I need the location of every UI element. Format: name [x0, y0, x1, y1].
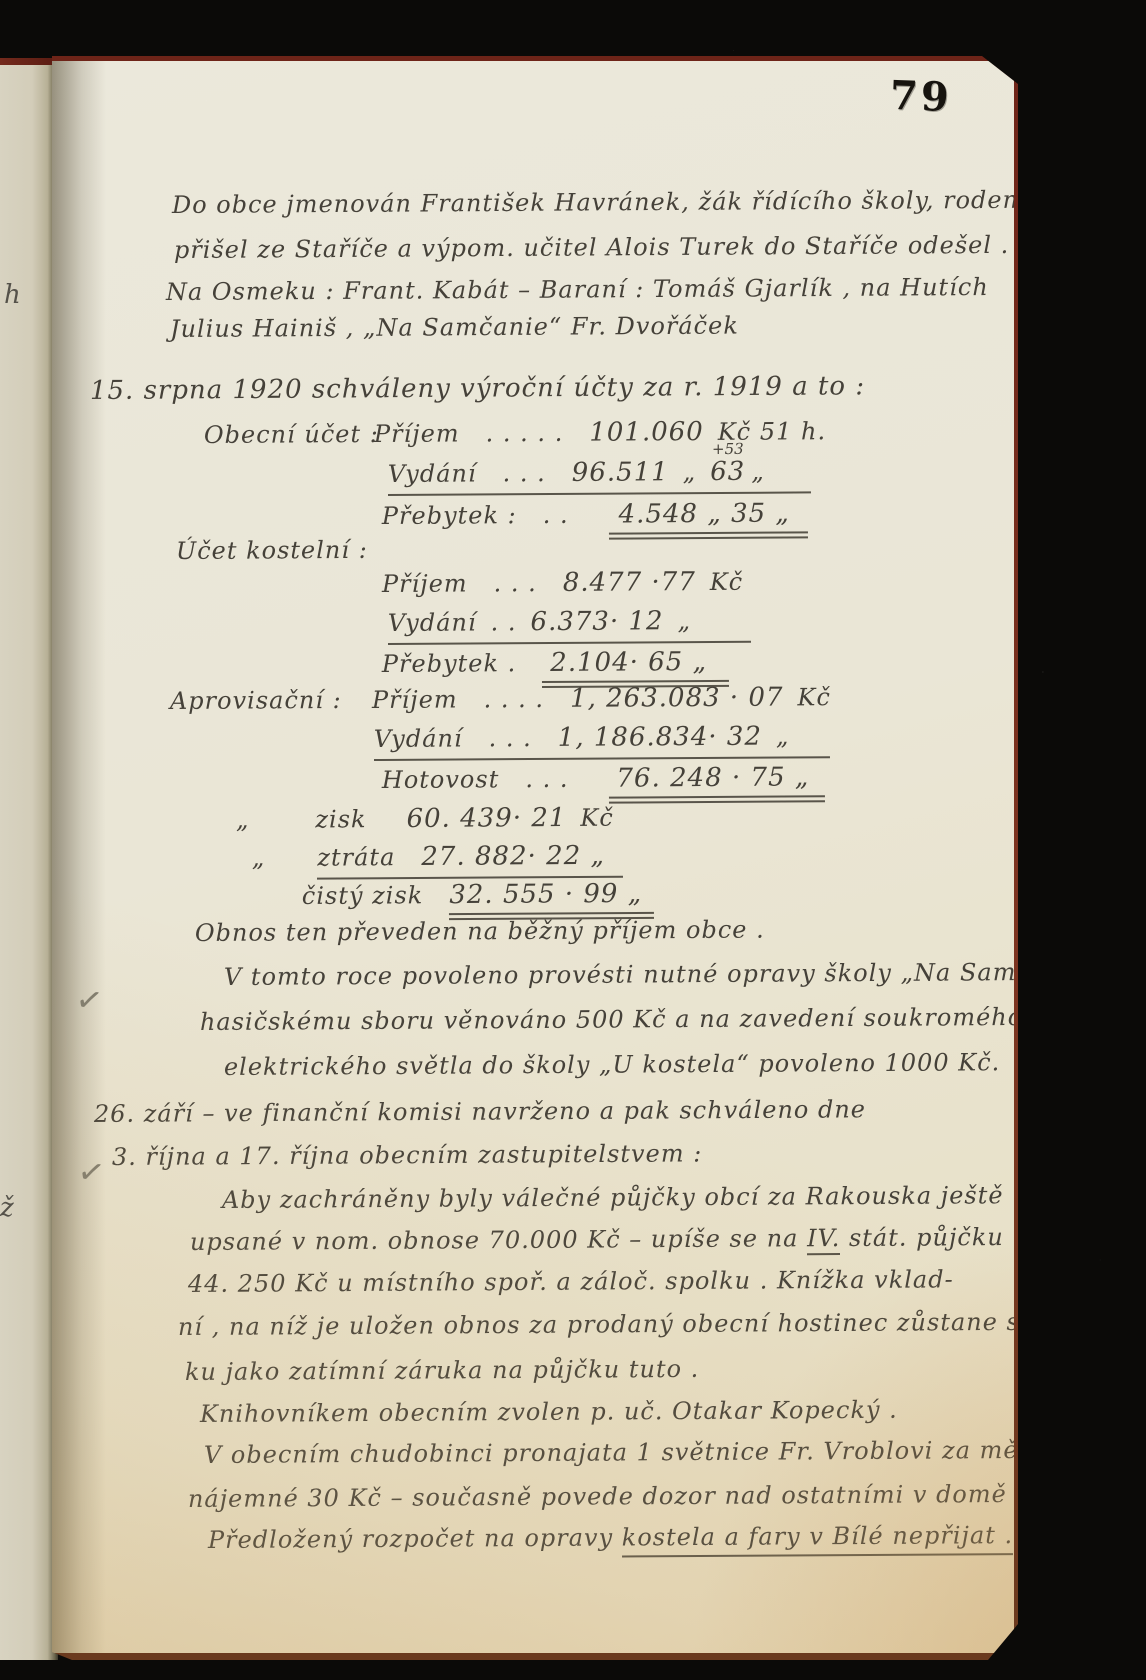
- currency: Kč: [580, 804, 614, 832]
- body-line-4: elektrického světla do školy „U kostela“…: [224, 1048, 1001, 1081]
- aprovisacni-hotovost-row: Hotovost. . .76. 248 · 75 „: [382, 762, 826, 805]
- date-heading: 15. srpna 1920 schváleny výroční účty za…: [90, 371, 865, 406]
- ditto-mark: „: [677, 607, 691, 635]
- dot-leaders: . .: [491, 608, 517, 636]
- body-line-5: 26. září – ve finanční komisi navrženo a…: [94, 1095, 866, 1128]
- underlined-IV: IV.: [807, 1224, 840, 1255]
- kostelni-prijem-row: Příjem. . .8.477 ·77Kč: [382, 567, 743, 599]
- kostelni-vydani-row: Vydání. .6.373· 12„: [388, 606, 751, 645]
- text-before-underline: Předložený rozpočet na opravy: [208, 1523, 622, 1554]
- dot-leaders: . .: [543, 501, 569, 529]
- body-line-14: nájemné 30 Kč – současně povede dozor na…: [188, 1480, 1014, 1513]
- amount-double-underlined: 4.548 „ 35 „: [609, 498, 808, 539]
- ditto-mark: „: [683, 458, 697, 486]
- amount: 101.060: [589, 417, 704, 448]
- body-line-15-predlozeny: Předložený rozpočet na opravy kostela a …: [208, 1521, 1013, 1554]
- page-number-stamp: 79: [890, 72, 953, 121]
- underlined-entry: Vydání. . .1, 186.834· 32„: [374, 721, 830, 761]
- amount: 1, 263.083 · 07: [570, 682, 784, 713]
- ditto-mark: „: [236, 806, 250, 834]
- section-label-kostelni: Účet kostelní :: [176, 536, 368, 565]
- body-line-1: Obnos ten převeden na běžný příjem obce …: [195, 916, 765, 947]
- entry-label: Příjem: [372, 685, 458, 714]
- amount: 27. 882· 22 „: [421, 841, 605, 872]
- dot-leaders: . . .: [503, 459, 546, 487]
- intro-line-1: Do obce jmenován František Havránek, žák…: [172, 185, 1014, 219]
- ztrata-row: „ztráta27. 882· 22 „: [252, 841, 623, 880]
- margin-checkmark-2: ✓: [75, 1151, 108, 1193]
- entry-label: čistý zisk: [302, 881, 424, 910]
- dot-leaders: . . . .: [484, 685, 545, 713]
- amount-double-underlined: 32. 555 · 99 „: [449, 879, 654, 920]
- entry-label: Hotovost: [382, 765, 500, 794]
- section-label-aprovisacni: Aprovisační :: [170, 686, 342, 715]
- amount: 96.511: [572, 457, 669, 488]
- entry-label: Vydání: [374, 724, 463, 753]
- dot-leaders: . . .: [525, 765, 568, 793]
- underlined-entry: Vydání. .6.373· 12„: [388, 606, 751, 645]
- edge-text-fragment-top: h: [4, 280, 21, 310]
- body-line-10: ní , na níž je uložen obnos za prodaný o…: [178, 1308, 1014, 1341]
- body-line-11: ku jako zatímní záruka na půjčku tuto .: [185, 1355, 700, 1386]
- edge-text-fragment-bottom: ž: [0, 1193, 14, 1223]
- underlined-entry: ztráta27. 882· 22 „: [317, 841, 623, 880]
- ditto-mark: „: [776, 722, 790, 750]
- amount: 1, 186.834· 32: [558, 722, 762, 753]
- body-line-9: 44. 250 Kč u místního spoř. a záloč. spo…: [188, 1265, 954, 1298]
- chronicle-page: 79 Do obce jmenován František Havránek, …: [52, 61, 1014, 1653]
- amount-double-underlined: 76. 248 · 75 „: [608, 762, 825, 803]
- ditto-mark: „: [751, 458, 765, 486]
- amount: 8.477 ·77: [563, 567, 696, 598]
- aprovisacni-prijem-row: Příjem. . . .1, 263.083 · 07Kč: [372, 682, 831, 715]
- dot-leaders: . . . . .: [486, 419, 564, 447]
- body-line-8-upsane: upsané v nom. obnose 70.000 Kč – upíše s…: [190, 1223, 1004, 1256]
- cents: 63: [710, 457, 745, 487]
- section-label-obecni: Obecní účet :: [204, 420, 379, 449]
- intro-line-3: Na Osmeku : Frant. Kabát – Baraní : Tomá…: [166, 273, 989, 306]
- dot-leaders: . . .: [489, 724, 532, 752]
- amount-double-underlined: 2.104· 65 „: [542, 647, 729, 688]
- body-line-13: V obecním chudobinci pronajata 1 světnic…: [204, 1436, 1014, 1469]
- entry-label: Vydání: [388, 459, 477, 488]
- amount: 60. 439· 21: [406, 803, 566, 834]
- body-line-6: 3. října a 17. října obecním zastupitels…: [112, 1139, 703, 1171]
- obecni-prijem-row: Příjem. . . . .101.060Kč 51 h.: [374, 416, 826, 449]
- currency: Kč: [797, 683, 831, 711]
- entry-label: zisk: [315, 805, 366, 833]
- intro-line-4: Julius Hainiš , „Na Samčanie“ Fr. Dvořáč…: [170, 312, 739, 343]
- zisk-row: „zisk60. 439· 21Kč: [236, 803, 614, 835]
- obecni-prebytek-row: Přebytek :. .4.548 „ 35 „: [382, 498, 808, 541]
- entry-label: Příjem: [374, 419, 460, 448]
- cisty-zisk-row: čistý zisk32. 555 · 99 „: [302, 879, 655, 921]
- body-line-12: Knihovníkem obecním zvolen p. uč. Otakar…: [200, 1396, 898, 1428]
- margin-checkmark-1: ✓: [73, 979, 106, 1021]
- ditto-mark: „: [252, 844, 266, 872]
- cents-corrected: +5363: [710, 457, 745, 487]
- entry-label: Přebytek :: [382, 501, 517, 530]
- intro-line-2: přišel ze Staříče a výpom. učitel Alois …: [174, 231, 1010, 264]
- page-red-edge: 79 Do obce jmenován František Havránek, …: [52, 56, 1018, 1660]
- obecni-vydani-row: Vydání. . .96.511„+5363„: [388, 456, 811, 496]
- manuscript-photo: h ž 79 Do obce jmenován František Havrán…: [0, 0, 1146, 1680]
- body-line-2: V tomto roce povoleno provésti nutné opr…: [224, 958, 1014, 991]
- dot-leaders: . . .: [494, 569, 537, 597]
- body-line-3: hasičskému sboru věnováno 500 Kč a na za…: [200, 1003, 1014, 1036]
- entry-label: ztráta: [317, 843, 395, 871]
- body-line-7: Aby zachráněny byly válečné půjčky obcí …: [222, 1181, 1004, 1214]
- underlined-conclusion: kostela a fary v Bílé nepřijat .: [622, 1521, 1014, 1557]
- aprovisacni-vydani-row: Vydání. . .1, 186.834· 32„: [374, 721, 830, 761]
- amount: 6.373· 12: [530, 606, 663, 637]
- prev-page-edge: h ž: [0, 58, 58, 1660]
- entry-label: Příjem: [382, 569, 468, 598]
- entry-label: Přebytek .: [382, 649, 517, 678]
- text-after-underline: stát. půjčku: [840, 1223, 1004, 1252]
- underlined-entry: Vydání. . .96.511„+5363„: [388, 456, 811, 496]
- entry-label: Vydání: [388, 608, 477, 637]
- currency: Kč: [710, 568, 744, 596]
- text-before-underline: upsané v nom. obnose 70.000 Kč – upíše s…: [190, 1224, 807, 1256]
- correction-superscript: +53: [712, 440, 744, 458]
